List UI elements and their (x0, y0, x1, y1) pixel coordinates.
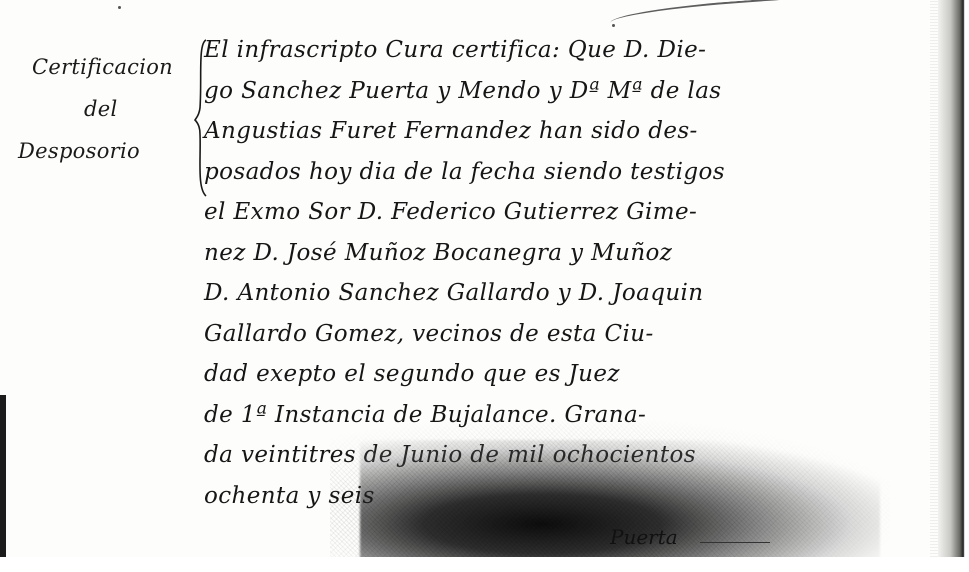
signature: Puerta (610, 525, 678, 549)
body-line-5: el Exmo Sor D. Federico Gutierrez Gime- (204, 192, 944, 233)
body-line-2: go Sanchez Puerta y Mendo y Dª Mª de las (204, 71, 944, 112)
ink-speck (118, 6, 121, 9)
margin-heading-line-1: Certificacion (14, 46, 204, 88)
body-line-7: D. Antonio Sanchez Gallardo y D. Joaquin (204, 273, 944, 314)
top-ink-stroke (610, 0, 781, 26)
margin-heading: Certificacion del Desposorio (14, 46, 204, 172)
margin-heading-line-2: del (14, 88, 204, 130)
left-page-edge (0, 395, 6, 557)
body-line-9: dad exepto el segundo que es Juez (204, 354, 944, 395)
signature-underline (700, 542, 770, 543)
right-page-edge (938, 0, 969, 572)
body-line-3: Angustias Furet Fernandez han sido des- (204, 111, 944, 152)
margin-heading-line-3: Desposorio (14, 130, 204, 172)
ink-speck (612, 24, 615, 27)
document-page: Certificacion del Desposorio El infrascr… (0, 0, 969, 572)
body-line-6: nez D. José Muñoz Bocanegra y Muñoz (204, 233, 944, 274)
body-line-1: El infrascripto Cura certifica: Que D. D… (204, 30, 944, 71)
bottom-margin (0, 557, 969, 572)
body-line-8: Gallardo Gomez, vecinos de esta Ciu- (204, 314, 944, 355)
body-line-4: posados hoy dia de la fecha siendo testi… (204, 152, 944, 193)
